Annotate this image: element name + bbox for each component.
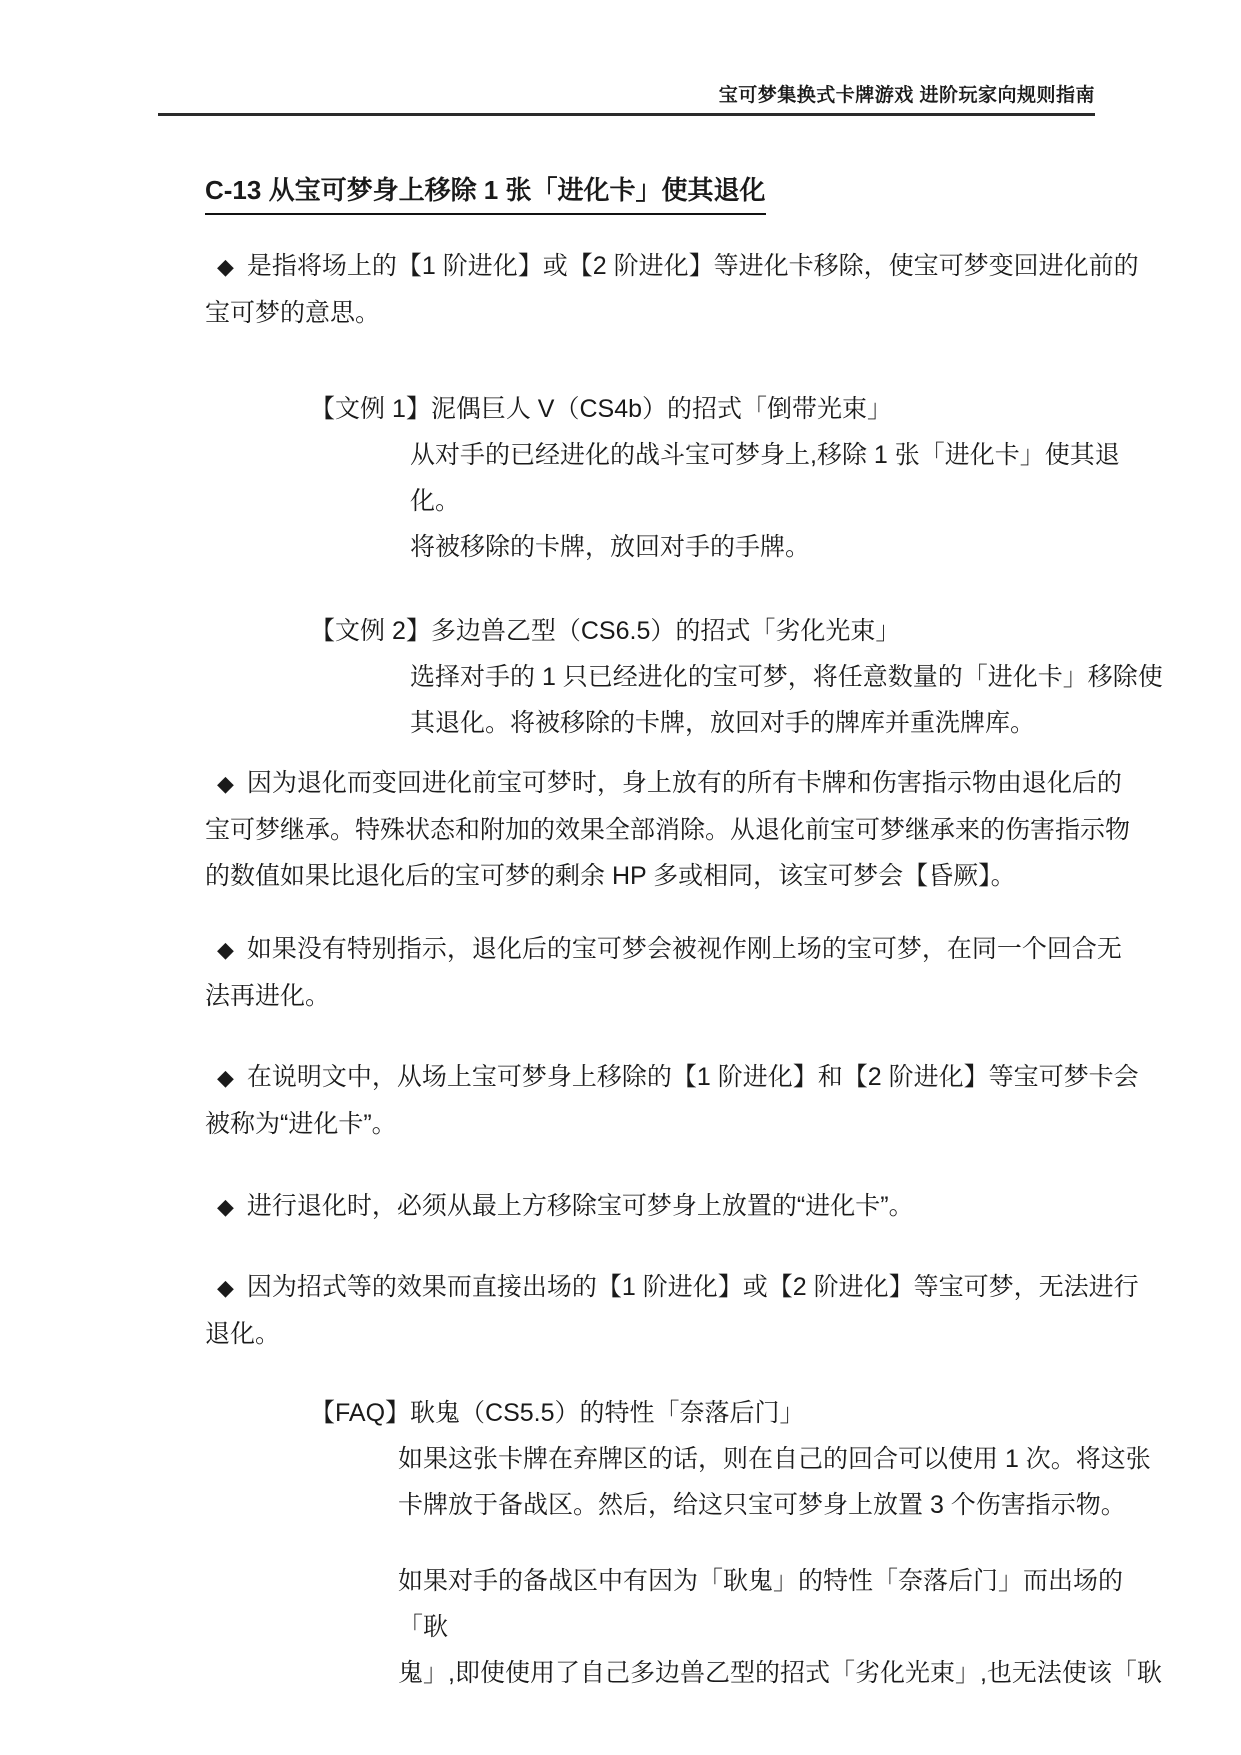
rules-page: 宝可梦集换式卡牌游戏 进阶玩家向规则指南 C-13 从宝可梦身上移除 1 张「进… (0, 0, 1241, 1755)
text-line: 选择对手的 1 只已经进化的宝可梦，将任意数量的「进化卡」移除使 (410, 654, 1167, 700)
text-line: 如果对手的备战区中有因为「耿鬼」的特性「奈落后门」而出场的「耿 (398, 1558, 1167, 1650)
text-line: ◆进行退化时，必须从最上方移除宝可梦身上放置的“进化卡”。 (205, 1183, 1167, 1230)
faq-title: 耿鬼（CS5.5）的特性「奈落后门」 (410, 1399, 804, 1427)
text-line: 将被移除的卡牌，放回对手的手牌。 (410, 524, 1167, 570)
line-text: 因为招式等的效果而直接出场的【1 阶进化】或【2 阶进化】等宝可梦，无法进行 (247, 1273, 1139, 1301)
example-2-title: 多边兽乙型（CS6.5）的招式「劣化光束」 (431, 617, 900, 645)
text-line: 被称为“进化卡”。 (205, 1101, 1167, 1147)
line-text: 在说明文中，从场上宝可梦身上移除的【1 阶进化】和【2 阶进化】等宝可梦卡会 (247, 1063, 1139, 1091)
text-line: 【文例 1】泥偶巨人 V（CS4b）的招式「倒带光束」 (310, 386, 1167, 432)
bullet-paragraph-3: ◆如果没有特别指示，退化后的宝可梦会被视作刚上场的宝可梦，在同一个回合无 法再进… (205, 926, 1167, 1019)
example-2-label: 【文例 2】 (310, 617, 431, 645)
bullet-diamond-icon: ◆ (217, 771, 234, 796)
faq-block: 【FAQ】耿鬼（CS5.5）的特性「奈落后门」 如果这张卡牌在弃牌区的话，则在自… (310, 1390, 1167, 1696)
text-line: 法再进化。 (205, 973, 1167, 1019)
bullet-diamond-icon: ◆ (217, 937, 234, 962)
text-line: ◆如果没有特别指示，退化后的宝可梦会被视作刚上场的宝可梦，在同一个回合无 (205, 926, 1167, 973)
text-line: 【FAQ】耿鬼（CS5.5）的特性「奈落后门」 (310, 1390, 1167, 1436)
bullet-diamond-icon: ◆ (217, 1275, 234, 1300)
text-line: 的数值如果比退化后的宝可梦的剩余 HP 多或相同，该宝可梦会【昏厥】。 (205, 853, 1167, 899)
faq-label: 【FAQ】 (310, 1399, 410, 1427)
example-block-1: 【文例 1】泥偶巨人 V（CS4b）的招式「倒带光束」 从对手的已经进化的战斗宝… (310, 386, 1167, 570)
example-1-title: 泥偶巨人 V（CS4b）的招式「倒带光束」 (431, 395, 892, 423)
bullet-paragraph-1: ◆是指将场上的【1 阶进化】或【2 阶进化】等进化卡移除，使宝可梦变回进化前的 … (205, 243, 1167, 336)
text-line: ◆因为退化而变回进化前宝可梦时，身上放有的所有卡牌和伤害指示物由退化后的 (205, 760, 1167, 807)
bullet-diamond-icon: ◆ (217, 254, 234, 279)
bullet-paragraph-5: ◆进行退化时，必须从最上方移除宝可梦身上放置的“进化卡”。 (205, 1183, 1167, 1230)
bullet-diamond-icon: ◆ (217, 1194, 234, 1219)
document-body: C-13 从宝可梦身上移除 1 张「进化卡」使其退化 ◆是指将场上的【1 阶进化… (205, 170, 1167, 1696)
bullet-paragraph-2: ◆因为退化而变回进化前宝可梦时，身上放有的所有卡牌和伤害指示物由退化后的 宝可梦… (205, 760, 1167, 899)
example-1-label: 【文例 1】 (310, 395, 431, 423)
section-heading-text: C-13 从宝可梦身上移除 1 张「进化卡」使其退化 (205, 170, 766, 215)
text-line: ◆是指将场上的【1 阶进化】或【2 阶进化】等进化卡移除，使宝可梦变回进化前的 (205, 243, 1167, 290)
text-line: 如果这张卡牌在弃牌区的话，则在自己的回合可以使用 1 次。将这张 (398, 1436, 1167, 1482)
text-line: 宝可梦继承。特殊状态和附加的效果全部消除。从退化前宝可梦继承来的伤害指示物 (205, 807, 1167, 853)
text-line: 宝可梦的意思。 (205, 290, 1167, 336)
text-line: ◆因为招式等的效果而直接出场的【1 阶进化】或【2 阶进化】等宝可梦，无法进行 (205, 1264, 1167, 1311)
text-line: ◆在说明文中，从场上宝可梦身上移除的【1 阶进化】和【2 阶进化】等宝可梦卡会 (205, 1054, 1167, 1101)
line-text: 如果没有特别指示，退化后的宝可梦会被视作刚上场的宝可梦，在同一个回合无 (247, 935, 1122, 963)
section-heading: C-13 从宝可梦身上移除 1 张「进化卡」使其退化 (205, 170, 1167, 215)
text-line: 从对手的已经进化的战斗宝可梦身上,移除 1 张「进化卡」使其退化。 (410, 432, 1167, 524)
bullet-paragraph-4: ◆在说明文中，从场上宝可梦身上移除的【1 阶进化】和【2 阶进化】等宝可梦卡会 … (205, 1054, 1167, 1147)
bullet-paragraph-6: ◆因为招式等的效果而直接出场的【1 阶进化】或【2 阶进化】等宝可梦，无法进行 … (205, 1264, 1167, 1357)
line-text: 是指将场上的【1 阶进化】或【2 阶进化】等进化卡移除，使宝可梦变回进化前的 (247, 252, 1139, 280)
running-header: 宝可梦集换式卡牌游戏 进阶玩家向规则指南 (160, 80, 1095, 107)
line-text: 因为退化而变回进化前宝可梦时，身上放有的所有卡牌和伤害指示物由退化后的 (247, 769, 1122, 797)
text-line: 其退化。将被移除的卡牌，放回对手的牌库并重洗牌库。 (410, 700, 1167, 746)
example-block-2: 【文例 2】多边兽乙型（CS6.5）的招式「劣化光束」 选择对手的 1 只已经进… (310, 608, 1167, 746)
text-line: 【文例 2】多边兽乙型（CS6.5）的招式「劣化光束」 (310, 608, 1167, 654)
line-text: 进行退化时，必须从最上方移除宝可梦身上放置的“进化卡”。 (247, 1192, 914, 1220)
bullet-diamond-icon: ◆ (217, 1065, 234, 1090)
text-line: 卡牌放于备战区。然后，给这只宝可梦身上放置 3 个伤害指示物。 (398, 1482, 1167, 1528)
text-line: 鬼」,即使使用了自己多边兽乙型的招式「劣化光束」,也无法使该「耿 (398, 1650, 1167, 1696)
header-rule (158, 113, 1095, 116)
text-line: 退化。 (205, 1311, 1167, 1357)
